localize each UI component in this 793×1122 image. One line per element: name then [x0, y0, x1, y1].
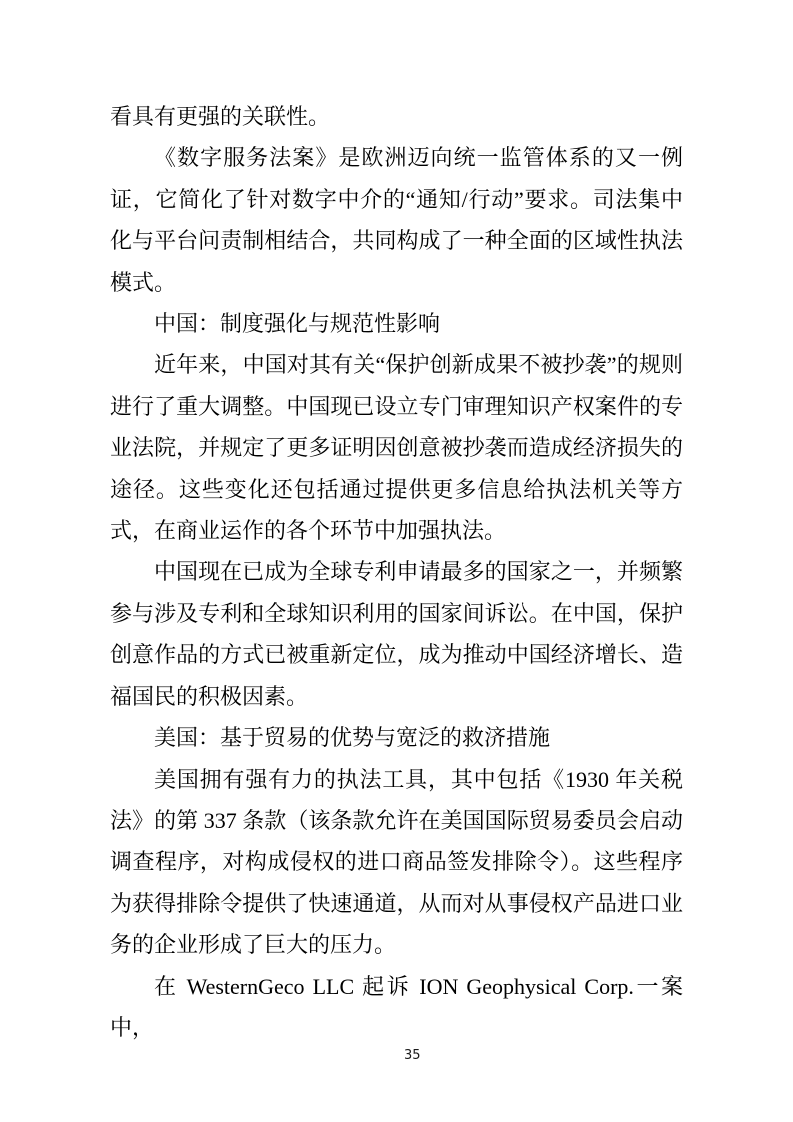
section-heading: 中国：制度强化与规范性影响 [110, 303, 683, 344]
paragraph: 在 WesternGeco LLC 起诉 ION Geophysical Cor… [110, 966, 683, 1049]
document-body: 看具有更强的关联性。《数字服务法案》是欧洲迈向统一监管体系的又一例证，它简化了针… [110, 96, 683, 1048]
paragraph: 《数字服务法案》是欧洲迈向统一监管体系的又一例证，它简化了针对数字中介的“通知/… [110, 137, 683, 303]
paragraph: 看具有更强的关联性。 [110, 96, 683, 137]
paragraph: 美国拥有强有力的执法工具，其中包括《1930 年关税法》的第 337 条款（该条… [110, 759, 683, 966]
page-number: 35 [404, 1048, 421, 1063]
paragraph: 近年来，中国对其有关“保护创新成果不被抄袭”的规则进行了重大调整。中国现已设立专… [110, 344, 683, 551]
section-heading: 美国：基于贸易的优势与宽泛的救济措施 [110, 717, 683, 758]
document-page: 看具有更强的关联性。《数字服务法案》是欧洲迈向统一监管体系的又一例证，它简化了针… [0, 0, 793, 1122]
paragraph: 中国现在已成为全球专利申请最多的国家之一，并频繁参与涉及专利和全球知识利用的国家… [110, 551, 683, 717]
